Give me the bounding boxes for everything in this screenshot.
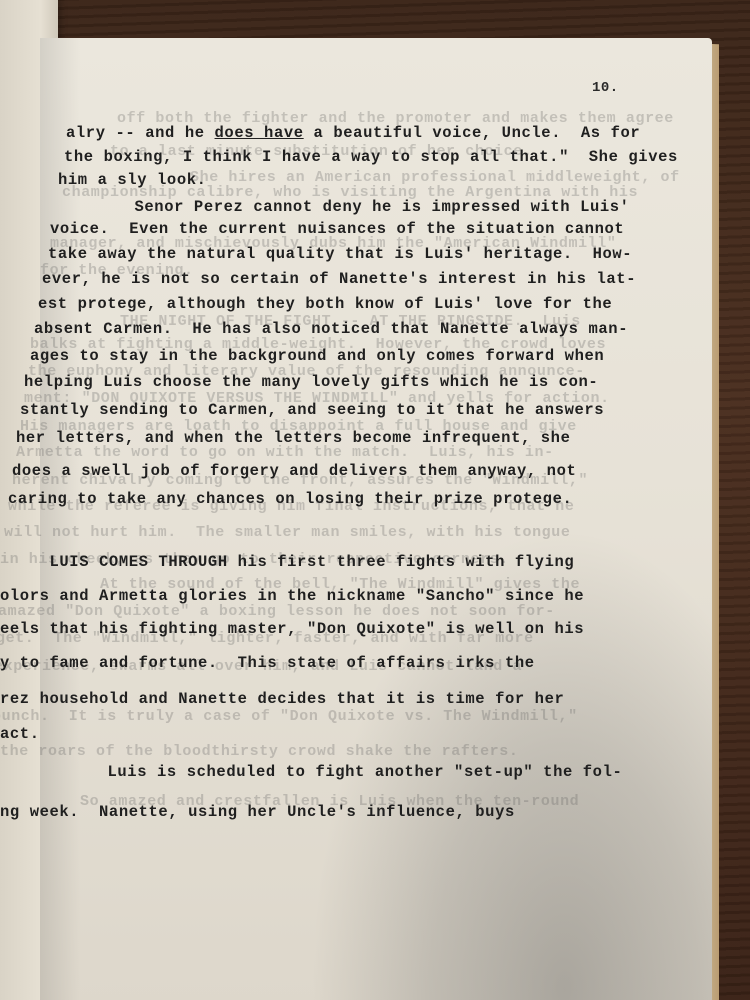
text-line: Senor Perez cannot deny he is impressed … bbox=[85, 198, 630, 216]
text-line: absent Carmen. He has also noticed that … bbox=[34, 320, 628, 338]
text-line: her letters, and when the letters become… bbox=[16, 429, 570, 447]
text-line: Luis is scheduled to fight another "set-… bbox=[58, 763, 622, 781]
text-line: does a swell job of forgery and delivers… bbox=[12, 462, 576, 480]
text-line: him a sly look. bbox=[58, 171, 207, 189]
text-line: rez household and Nanette decides that i… bbox=[0, 690, 564, 708]
text-line: ng week. Nanette, using her Uncle's infl… bbox=[0, 803, 515, 821]
text-line: ever, he is not so certain of Nanette's … bbox=[42, 270, 636, 288]
text-line: alry -- and he does have a beautiful voi… bbox=[66, 124, 640, 142]
bleed-through-line: the roars of the bloodthirsty crowd shak… bbox=[0, 743, 518, 760]
text-line: the boxing, I think I have a way to stop… bbox=[64, 148, 678, 166]
bleed-through-line: punch. It is truly a case of "Don Quixot… bbox=[0, 708, 578, 725]
text-line: ages to stay in the background and only … bbox=[30, 347, 604, 365]
bleed-through-line: amazed "Don Quixote" a boxing lesson he … bbox=[0, 603, 555, 620]
text-line: eels that his fighting master, "Don Quix… bbox=[0, 620, 584, 638]
text-line: olors and Armetta glories in the nicknam… bbox=[0, 587, 584, 605]
text-line: act. bbox=[0, 725, 40, 743]
text-line: caring to take any chances on losing the… bbox=[8, 490, 572, 508]
text-line: LUIS COMES THROUGH his first three fight… bbox=[0, 553, 574, 571]
text-line: take away the natural quality that is Lu… bbox=[48, 245, 632, 263]
text-line: stantly sending to Carmen, and seeing to… bbox=[20, 401, 604, 419]
text-line: voice. Even the current nuisances of the… bbox=[50, 220, 624, 238]
text-line: y to fame and fortune. This state of aff… bbox=[0, 654, 535, 672]
page-number: 10. bbox=[592, 80, 619, 96]
text-line: est protege, although they both know of … bbox=[38, 295, 612, 313]
text-line: helping Luis choose the many lovely gift… bbox=[24, 373, 598, 391]
bleed-through-line: will not hurt him. The smaller man smile… bbox=[4, 524, 571, 541]
